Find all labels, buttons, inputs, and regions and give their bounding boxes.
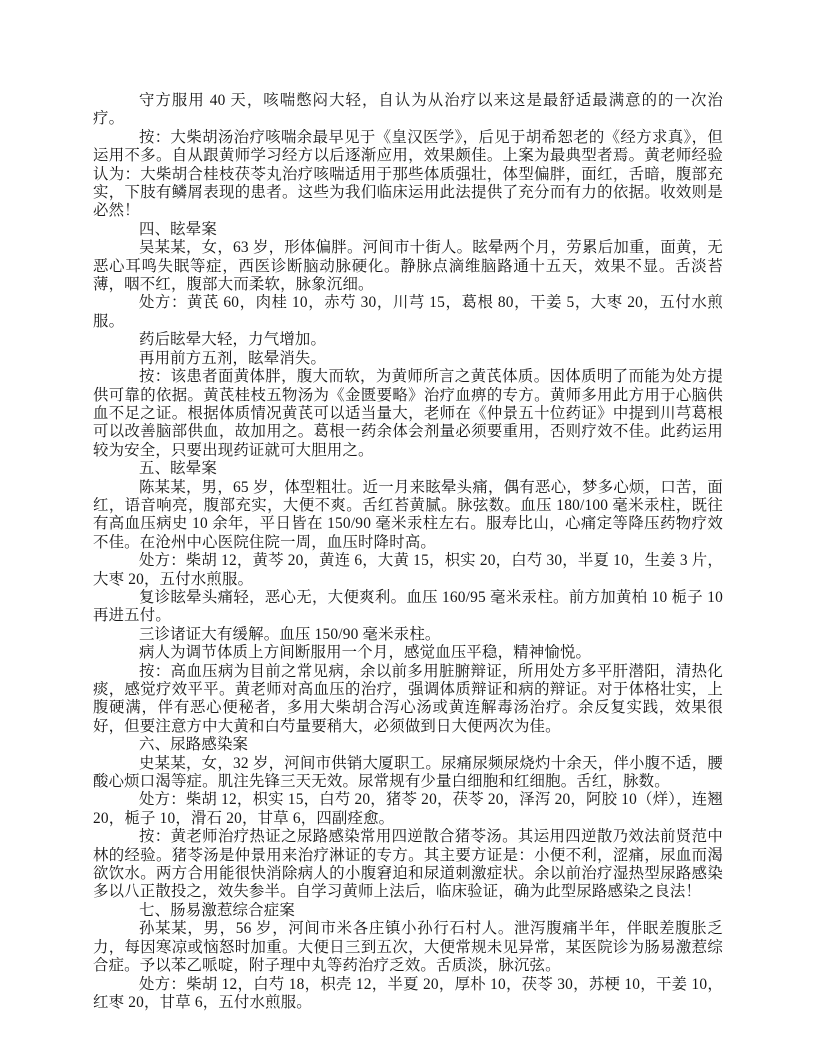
paragraph-case-history: 陈某某，男，65 岁，体型粗壮。近一月来眩晕头痛，偶有恶心，梦多心烦，口苦，面红… xyxy=(93,479,723,553)
paragraph-commentary: 按：黄老师治疗热证之尿路感染常用四逆散合猪苓汤。其运用四逆散乃效法前贤范中林的经… xyxy=(93,828,723,902)
paragraph-commentary: 按：高血压病为目前之常见病，余以前多用脏腑辩证，所用处方多平肝潜阳，清热化痰，感… xyxy=(93,663,723,737)
section-heading-case-6: 六、尿路感染案 xyxy=(93,736,723,754)
paragraph-followup: 复诊眩晕头痛轻，恶心无，大便爽利。血压 160/95 毫米汞柱。前方加黄柏 10… xyxy=(93,589,723,626)
document-canvas: { "doc": { "language": "zh-CN", "page_ba… xyxy=(0,0,816,1056)
section-heading-case-5: 五、眩晕案 xyxy=(93,460,723,478)
paragraph-commentary: 按：大柴胡汤治疗咳喘余最早见于《皇汉医学》，后见于胡希恕老的《经方求真》，但运用… xyxy=(93,129,723,221)
paragraph-followup: 药后眩晕大轻，力气增加。 xyxy=(93,331,723,349)
paragraph-case-history: 史某某，女，32 岁，河间市供销大厦职工。尿痛尿频尿烧灼十余天，伴小腹不适，腰酸… xyxy=(93,755,723,792)
section-heading-case-7: 七、肠易激惹综合症案 xyxy=(93,902,723,920)
paragraph-prescription: 处方：黄芪 60，肉桂 10，赤芍 30，川芎 15，葛根 80，干姜 5，大枣… xyxy=(93,294,723,331)
paragraph-case-history: 吴某某，女，63 岁，形体偏胖。河间市十街人。眩晕两个月，劳累后加重，面黄，无恶… xyxy=(93,239,723,294)
paragraph-case-history: 孙某某，男，56 岁，河间市米各庄镇小孙行石村人。泄泻腹痛半年，伴眠差腹胀乏力，… xyxy=(93,920,723,975)
paragraph-commentary: 按：该患者面黄体胖，腹大而软，为黄师所言之黄芪体质。因体质明了而能为处方提供可靠… xyxy=(93,368,723,460)
paragraph-followup: 病人为调节体质上方间断服用一个月，感觉血压平稳，精神愉悦。 xyxy=(93,644,723,662)
document-page: 守方服用 40 天，咳喘憋闷大轻，自认为从治疗以来这是最舒适最满意的的一次治疗。… xyxy=(93,92,723,1012)
paragraph-prescription: 处方：柴胡 12，枳实 15，白芍 20，猪苓 20，茯苓 20，泽泻 20，阿… xyxy=(93,791,723,828)
section-heading-case-4: 四、眩晕案 xyxy=(93,221,723,239)
paragraph-prescription: 处方：柴胡 12，白芍 18，枳壳 12，半夏 20，厚朴 10，茯苓 30，苏… xyxy=(93,976,723,1013)
paragraph-prescription: 处方：柴胡 12，黄芩 20，黄连 6，大黄 15，枳实 20，白芍 30，半夏… xyxy=(93,552,723,589)
paragraph-case-followup: 守方服用 40 天，咳喘憋闷大轻，自认为从治疗以来这是最舒适最满意的的一次治疗。 xyxy=(93,92,723,129)
paragraph-followup: 再用前方五剂，眩晕消失。 xyxy=(93,350,723,368)
paragraph-followup: 三诊诸证大有缓解。血压 150/90 毫米汞柱。 xyxy=(93,626,723,644)
